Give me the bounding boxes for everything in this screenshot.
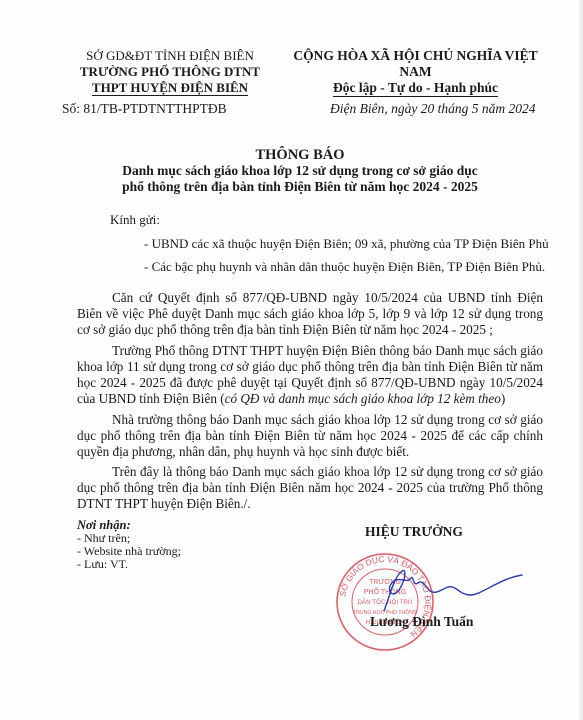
subtitle-line1: Danh mục sách giáo khoa lớp 12 sử dụng t…: [60, 163, 540, 179]
addressee-item: - UBND các xã thuộc huyện Điện Biên; 09 …: [144, 236, 549, 252]
signature-icon: [370, 565, 525, 615]
body-paragraph-4: Trên đây là thông báo Danh mục sách giáo…: [77, 464, 543, 512]
country-name: CỘNG HÒA XÃ HỘI CHỦ NGHĨA VIỆT NAM: [283, 48, 548, 80]
department-name: SỞ GD&ĐT TỈNH ĐIỆN BIÊN: [60, 48, 280, 64]
national-header: CỘNG HÒA XÃ HỘI CHỦ NGHĨA VIỆT NAM Độc l…: [283, 48, 548, 97]
body-paragraph-3: Nhà trường thông báo Danh mục sách giáo …: [77, 412, 543, 460]
body-paragraph-2: Trường Phổ thông DTNT THPT huyện Điện Bi…: [77, 343, 543, 407]
school-name-line2: THPT HUYỆN ĐIỆN BIÊN: [92, 80, 248, 96]
page-edge-shadow: [577, 0, 583, 720]
national-motto: Độc lập - Tự do - Hạnh phúc: [333, 80, 498, 97]
issuer-header: SỞ GD&ĐT TỈNH ĐIỆN BIÊN TRƯỜNG PHỔ THÔNG…: [60, 48, 280, 96]
addressee-label: Kính gửi:: [110, 212, 160, 228]
document-title: THÔNG BÁO: [60, 147, 540, 164]
attachment-note: có QĐ và danh mục sách giáo khoa lớp 12 …: [225, 391, 501, 406]
recipient-item: - Lưu: VT.: [77, 558, 181, 571]
document-number: Số: 81/TB-PTDTNTTHPTĐB: [62, 101, 227, 117]
date-line: Điện Biên, ngày 20 tháng 5 năm 2024: [330, 101, 535, 117]
subtitle-line2: phổ thông trên địa bàn tỉnh Điện Biên từ…: [60, 179, 540, 195]
document-subtitle: Danh mục sách giáo khoa lớp 12 sử dụng t…: [60, 163, 540, 195]
school-name-line1: TRƯỜNG PHỔ THÔNG DTNT: [60, 64, 280, 80]
signer-title: HIỆU TRƯỞNG: [365, 524, 463, 540]
body-paragraph-1: Căn cứ Quyết định số 877/QĐ-UBND ngày 10…: [77, 290, 543, 338]
recipients-block: Nơi nhận: - Như trên; - Website nhà trườ…: [77, 519, 181, 571]
signer-name: Lương Đình Tuấn: [370, 614, 473, 630]
addressee-item: - Các bậc phụ huynh và nhân dân thuộc hu…: [144, 259, 545, 275]
